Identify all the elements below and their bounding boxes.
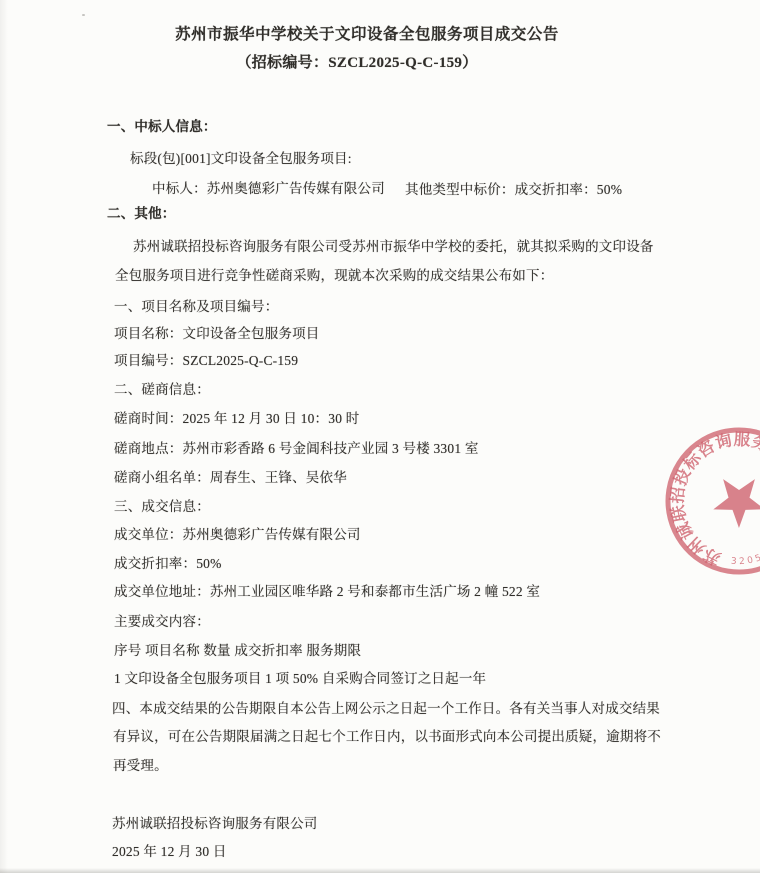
negotiation-place: 磋商地点：苏州市彩香路 6 号金阊科技产业园 3 号楼 3301 室 xyxy=(114,440,479,457)
intro-line-2: 全包服务项目进行竞争性磋商采购，现就本次采购的成交结果公布如下： xyxy=(115,267,553,284)
scan-speck xyxy=(82,14,85,16)
project-section-heading: 一、项目名称及项目编号： xyxy=(114,298,278,315)
notice-line-2: 有异议，可在公告期限届满之日起七个工作日内，以书面形式向本公司提出质疑，逾期将不 xyxy=(113,728,661,745)
deal-table-row: 1 文印设备全包服务项目 1 项 50% 自采购合同签订之日起一年 xyxy=(114,670,486,687)
notice-line-1: 四、本成交结果的公告期限自本公告上网公示之日起一个工作日。各有关当事人对成交结果 xyxy=(112,700,660,717)
seal-star-icon xyxy=(702,464,760,534)
project-name: 项目名称：文印设备全包服务项目 xyxy=(114,325,320,342)
deal-discount: 成交折扣率：50% xyxy=(114,555,222,572)
negotiation-section-heading: 二、磋商信息： xyxy=(114,381,210,398)
announcement-date: 2025 年 12 月 30 日 xyxy=(112,843,227,860)
deal-supplier: 成交单位：苏州奥德彩广告传媒有限公司 xyxy=(114,526,361,543)
tender-number: （招标编号：SZCL2025-Q-C-159） xyxy=(0,55,737,72)
negotiation-time: 磋商时间：2025 年 12 月 30 日 10：30 时 xyxy=(114,410,359,427)
intro-line-1: 苏州诚联招投标咨询服务有限公司受苏州市振华中学校的委托，就其拟采购的文印设备 xyxy=(133,238,654,255)
agency-name: 苏州诚联招投标咨询服务有限公司 xyxy=(112,815,318,832)
notice-line-3: 再受理。 xyxy=(113,757,168,774)
winner-name: 中标人：苏州奥德彩广告传媒有限公司 xyxy=(152,180,385,197)
deal-table-header: 序号 项目名称 数量 成交折扣率 服务期限 xyxy=(114,642,361,659)
other-type-price: 其他类型中标价：成交折扣率：50% xyxy=(405,181,622,198)
project-number: 项目编号：SZCL2025-Q-C-159 xyxy=(114,352,298,369)
deal-section-heading: 三、成交信息： xyxy=(114,498,210,515)
lot-line: 标段(包)[001]文印设备全包服务项目: xyxy=(130,150,352,167)
negotiation-panel: 磋商小组名单：周春生、王锋、吴依华 xyxy=(114,469,347,486)
deal-address: 成交单位地址：苏州工业园区唯华路 2 号和泰都市生活广场 2 幢 522 室 xyxy=(114,583,540,600)
document-title: 苏州市振华中学校关于文印设备全包服务项目成交公告 xyxy=(0,26,747,43)
section-winner-heading: 一、中标人信息： xyxy=(107,118,217,135)
deal-content-heading: 主要成交内容： xyxy=(114,613,210,630)
company-seal: 苏州诚联招投标咨询服务有限公司 3205018902979 xyxy=(609,371,760,631)
document-page: 苏州市振华中学校关于文印设备全包服务项目成交公告 （招标编号：SZCL2025-… xyxy=(0,0,760,873)
section-other-heading: 二、其他： xyxy=(107,205,176,222)
